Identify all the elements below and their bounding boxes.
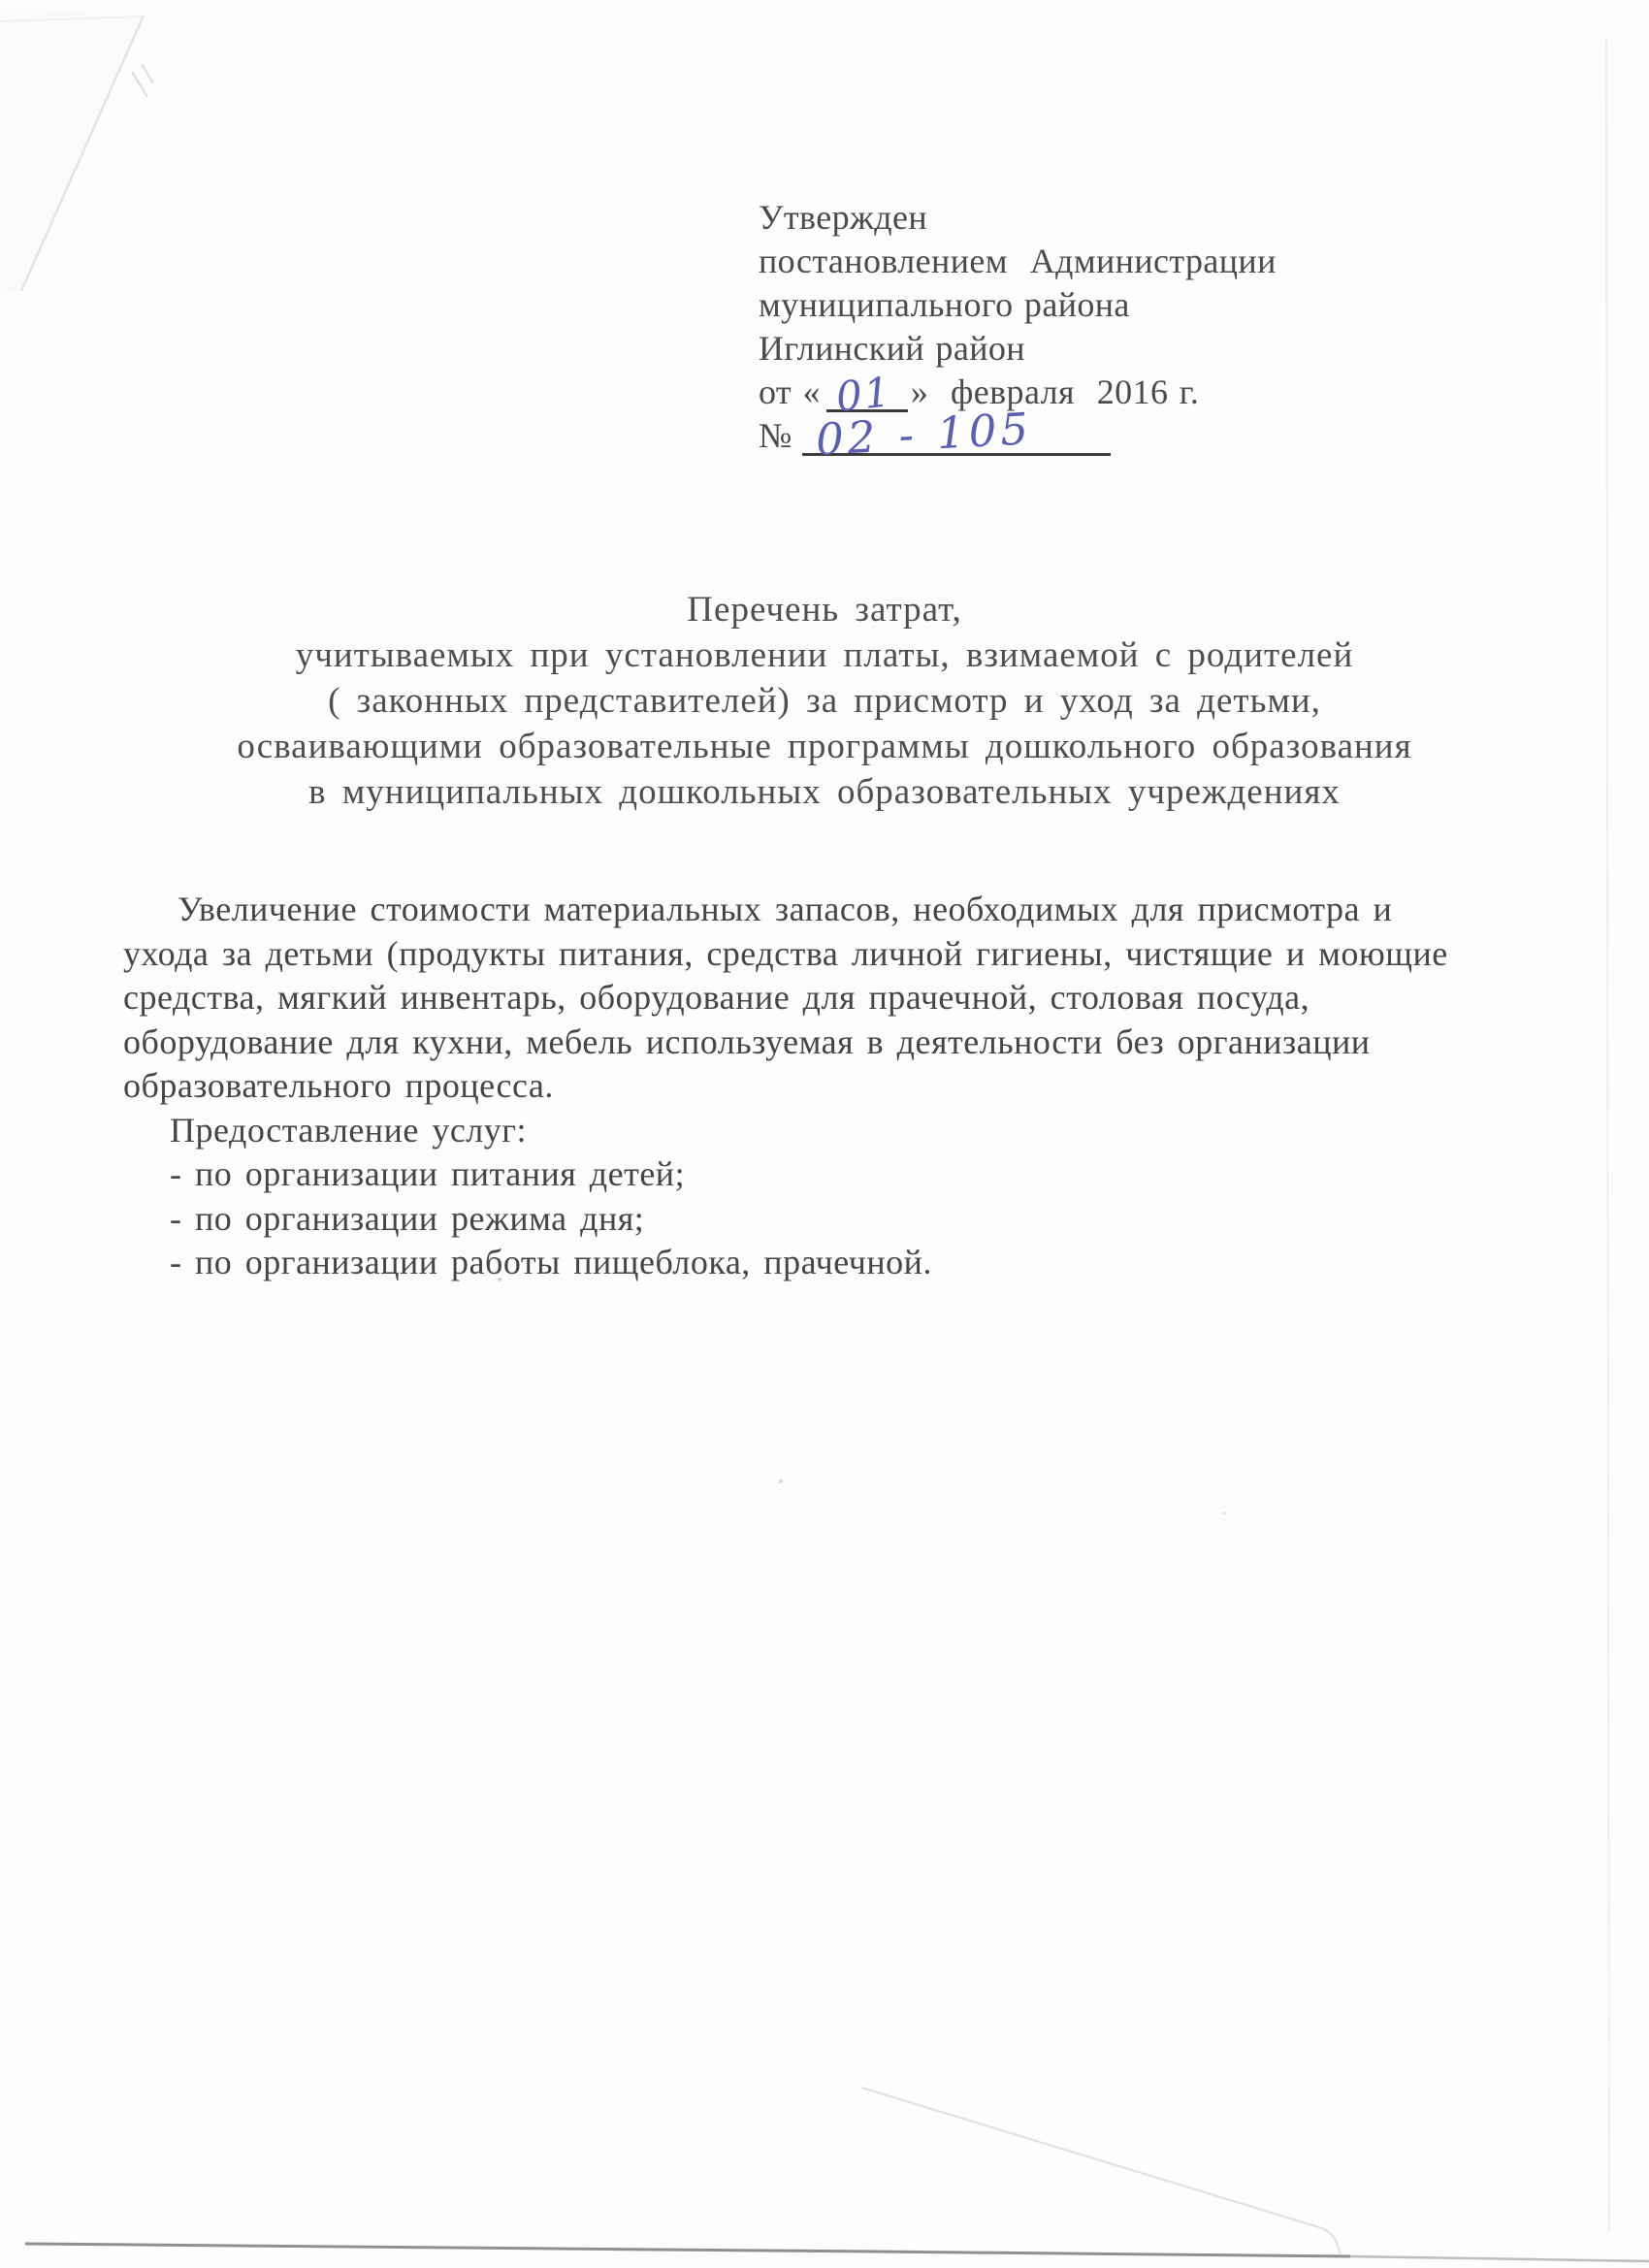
body-line: оборудование для кухни, мебель используе… (123, 1021, 1549, 1065)
date-day-blank: 01 (826, 373, 908, 412)
body-line: средства, мягкий инвентарь, оборудование… (123, 976, 1549, 1021)
crease-smudge (132, 64, 153, 97)
approval-number-line: №02 - 105 (759, 414, 1379, 458)
number-blank: 02 - 105 (802, 414, 1111, 456)
title-line: в муниципальных дошкольных образовательн… (68, 769, 1581, 815)
approval-line: постановлением Администрации (759, 240, 1379, 283)
corner-crease-line (21, 16, 144, 291)
page-bottom-edge-dark (25, 2244, 1350, 2256)
approval-line: Иглинский район (759, 327, 1379, 371)
approval-line: муниципального района (759, 283, 1379, 327)
title-line: ( законных представителей) за присмотр и… (68, 678, 1581, 724)
body-line: - по организации режима дня; (123, 1197, 1549, 1242)
body-line: Предоставление услуг: (123, 1109, 1549, 1153)
handwritten-number: 02 - 105 (815, 406, 1033, 462)
body-paragraph: Увеличение стоимости материальных запасо… (123, 888, 1549, 1285)
title-line: Перечень затрат, (68, 587, 1581, 632)
body-line: - по организации работы пищеблока, праче… (123, 1241, 1549, 1285)
body-line: образовательного процесса. (123, 1064, 1549, 1109)
approval-date-line: от «01» февраля 2016 г. (759, 371, 1379, 414)
paper-speck (779, 1479, 783, 1483)
page-top-edge (0, 16, 144, 21)
number-label: № (759, 416, 792, 455)
approval-block: Утвержден постановлением Администрации м… (759, 196, 1379, 458)
page-bottom-edge-light (1350, 2256, 1649, 2261)
date-prefix: от « (759, 373, 821, 411)
body-line: Увеличение стоимости материальных запасо… (123, 888, 1549, 932)
date-suffix: » февраля 2016 г. (911, 373, 1199, 411)
scanned-page: Утвержден постановлением Администрации м… (0, 0, 1649, 2268)
body-line: ухода за детьми (продукты питания, средс… (123, 932, 1549, 977)
under-sheet-edge (861, 2088, 1341, 2254)
folded-corner-region (0, 6, 142, 297)
approval-line: Утвержден (759, 196, 1379, 240)
title-line: осваивающими образовательные программы д… (68, 724, 1581, 769)
title-line: учитываемых при установлении платы, взим… (68, 632, 1581, 678)
body-line: - по организации питания детей; (123, 1152, 1549, 1197)
page-right-edge (1606, 41, 1609, 2231)
paper-speck (1223, 1512, 1226, 1515)
document-title: Перечень затрат, учитываемых при установ… (68, 587, 1581, 815)
